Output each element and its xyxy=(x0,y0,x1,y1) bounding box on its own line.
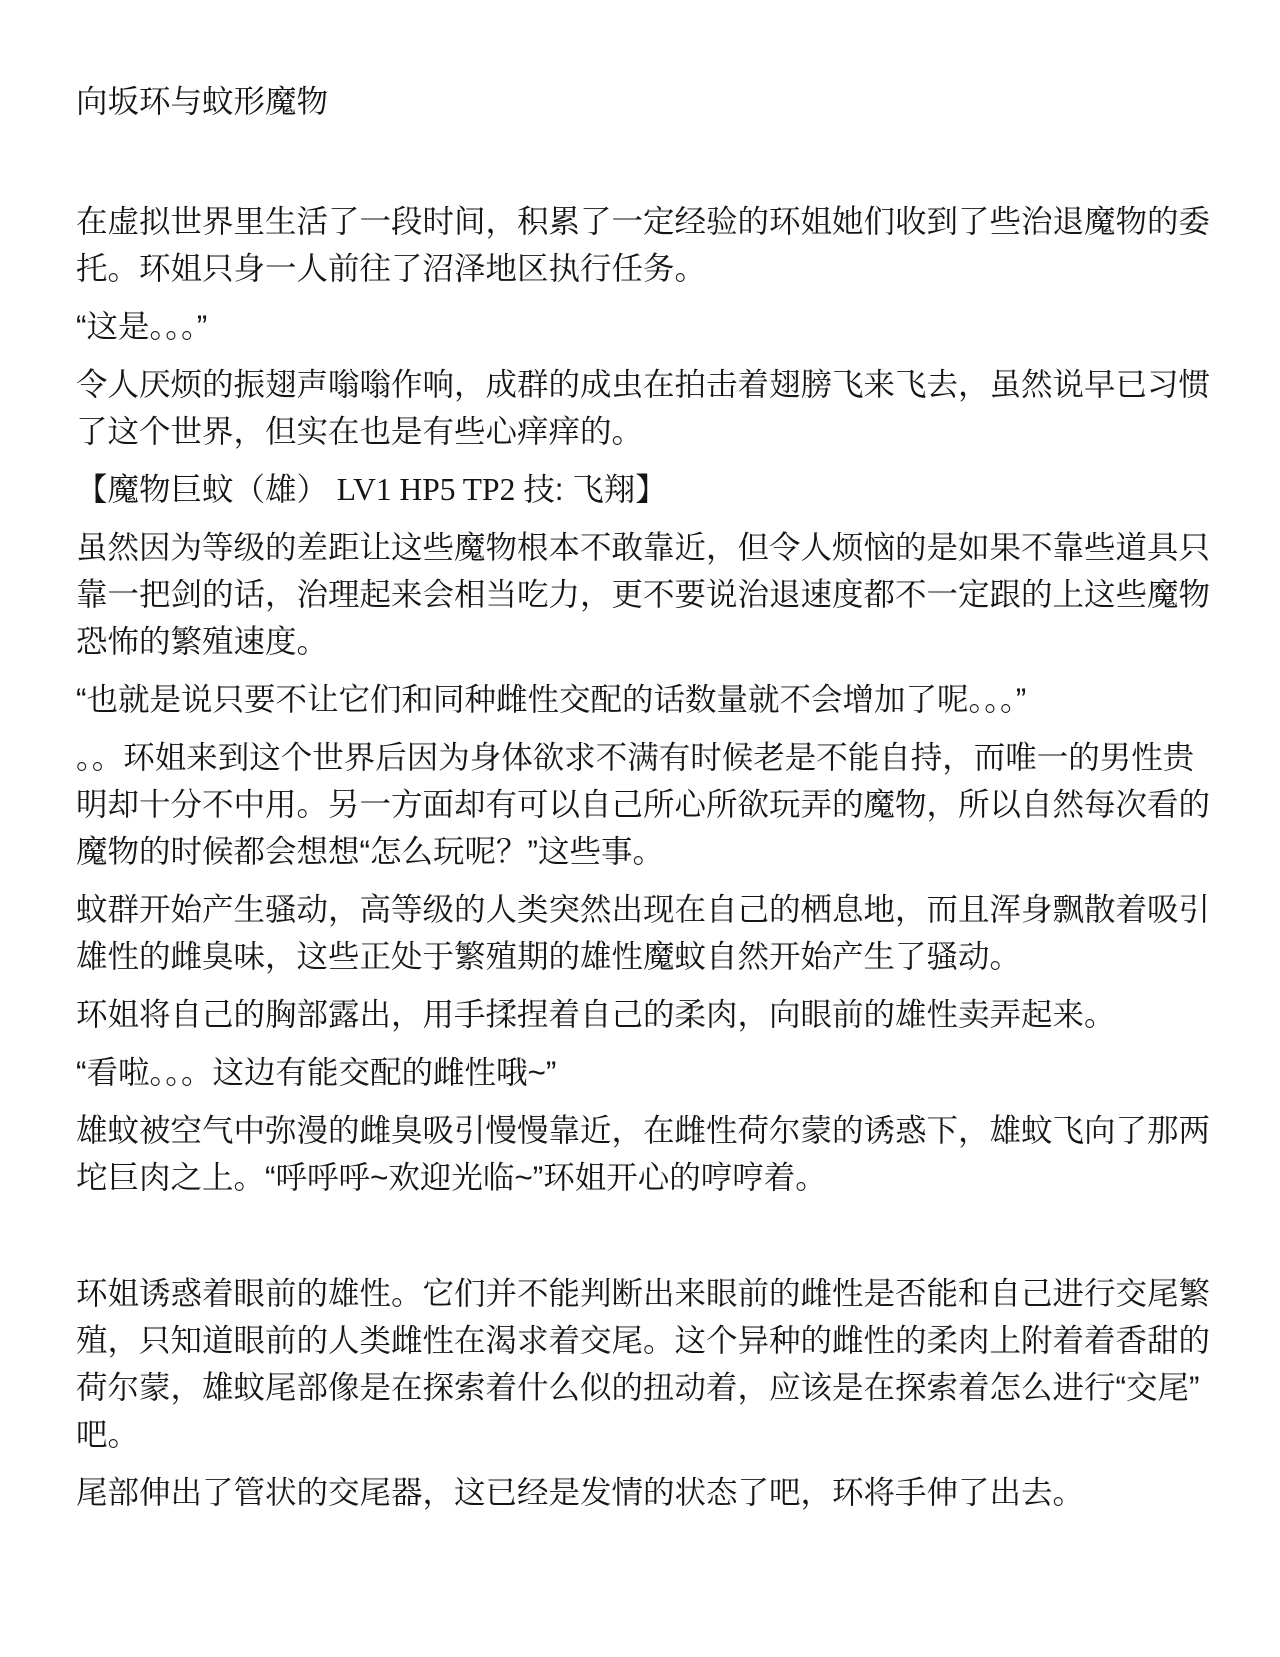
paragraph-level-gap: 虽然因为等级的差距让这些魔物根本不敢靠近，但令人烦恼的是如果不靠些道具只靠一把剑… xyxy=(76,524,1216,665)
page-title: 向坂环与蚊形魔物 xyxy=(76,78,1216,125)
blank-line xyxy=(76,1212,1216,1259)
paragraph-swarm: 蚊群开始产生骚动，高等级的人类突然出现在自己的栖息地，而且浑身飘散着吸引雄性的雌… xyxy=(76,886,1216,980)
paragraph-wings: 令人厌烦的振翅声嗡嗡作响，成群的成虫在拍击着翅膀飞来飞去，虽然说早已习惯了这个世… xyxy=(76,361,1216,455)
monster-stat-line: 【魔物巨蚊（雄） LV1 HP5 TP2 技: 飞翔】 xyxy=(76,466,1216,513)
paragraph-final: 尾部伸出了管状的交尾器，这已经是发情的状态了吧，环将手伸了出去。 xyxy=(76,1469,1216,1516)
paragraph-intro: 在虚拟世界里生活了一段时间，积累了一定经验的环姐她们收到了些治退魔物的委托。环姐… xyxy=(76,198,1216,292)
paragraph-approach: 雄蚊被空气中弥漫的雌臭吸引慢慢靠近，在雌性荷尔蒙的诱惑下，雄蚊飞向了那两坨巨肉之… xyxy=(76,1107,1216,1201)
stat-values: LV1 HP5 TP2 xyxy=(337,472,523,507)
stat-prefix: 【魔物巨蚊（雄） xyxy=(76,471,337,507)
quote-paragraph: “也就是说只要不让它们和同种雌性交配的话数量就不会增加了呢。。。” xyxy=(76,676,1216,723)
paragraph-thoughts: 。。环姐来到这个世界后因为身体欲求不满有时候老是不能自持，而唯一的男性贵明却十分… xyxy=(76,734,1216,875)
paragraph-action: 环姐将自己的胸部露出，用手揉捏着自己的柔肉，向眼前的雄性卖弄起来。 xyxy=(76,991,1216,1038)
stat-suffix: 技: 飞翔】 xyxy=(523,471,667,507)
document-page: 向坂环与蚊形魔物 在虚拟世界里生活了一段时间，积累了一定经验的环姐她们收到了些治… xyxy=(0,0,1280,1657)
paragraph-lure: 环姐诱惑着眼前的雄性。它们并不能判断出来眼前的雌性是否能和自己进行交尾繁殖，只知… xyxy=(76,1270,1216,1458)
quote-paragraph: “看啦。。。这边有能交配的雌性哦~” xyxy=(76,1049,1216,1096)
quote-paragraph: “这是。。。” xyxy=(76,303,1216,350)
document-content: 向坂环与蚊形魔物 在虚拟世界里生活了一段时间，积累了一定经验的环姐她们收到了些治… xyxy=(76,78,1216,1516)
